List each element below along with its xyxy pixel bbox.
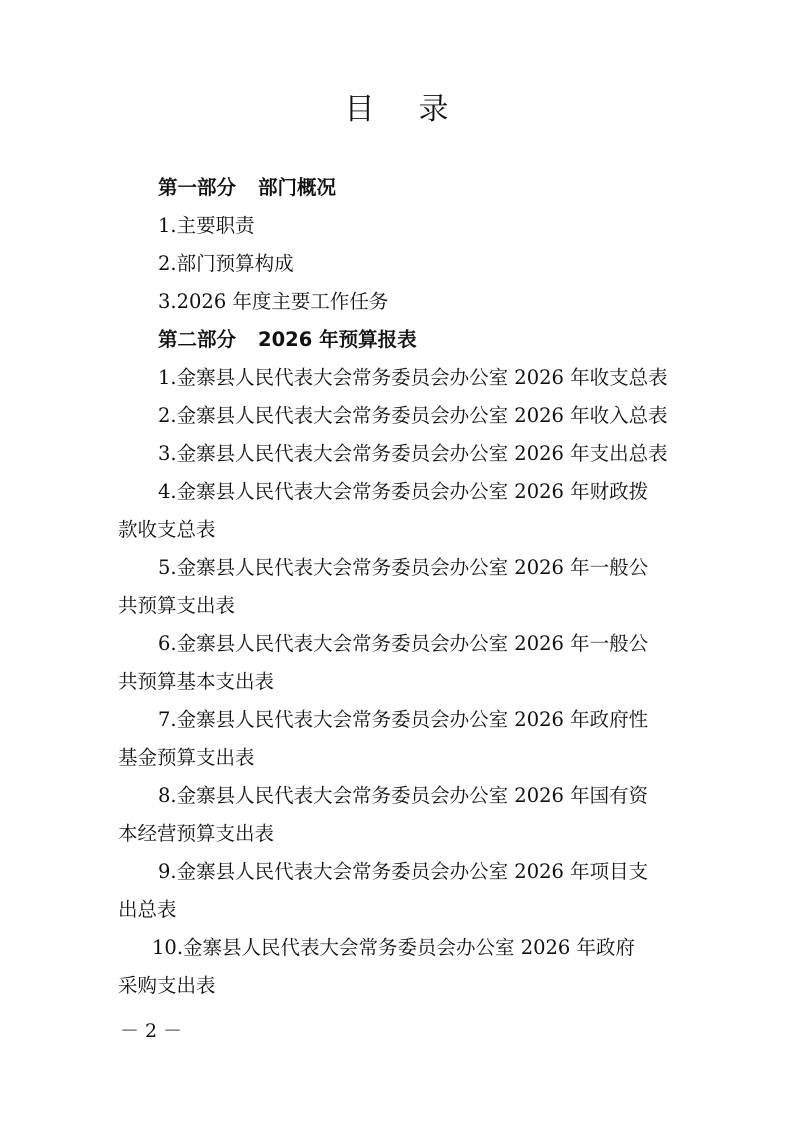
toc-item[interactable]: 5.金寨县人民代表大会常务委员会办公室 2026 年一般公 <box>158 555 648 581</box>
toc-item[interactable]: 8.金寨县人民代表大会常务委员会办公室 2026 年国有资 <box>158 783 648 809</box>
toc-item[interactable]: 1.金寨县人民代表大会常务委员会办公室 2026 年收支总表 <box>158 365 668 391</box>
toc-title: 目录 <box>0 90 793 130</box>
toc-item-continuation[interactable]: 款收支总表 <box>118 517 216 543</box>
toc-item-continuation[interactable]: 出总表 <box>118 897 177 923</box>
toc-item[interactable]: 10.金寨县人民代表大会常务委员会办公室 2026 年政府 <box>152 935 635 961</box>
part2-heading-title: 2026 年预算报表 <box>258 328 417 351</box>
toc-item-continuation[interactable]: 共预算基本支出表 <box>118 669 274 695</box>
page-number: － 2 － <box>120 1016 182 1043</box>
toc-item[interactable]: 2.金寨县人民代表大会常务委员会办公室 2026 年收入总表 <box>158 403 668 429</box>
toc-item-continuation[interactable]: 共预算支出表 <box>118 593 235 619</box>
toc-item[interactable]: 2.部门预算构成 <box>158 251 294 277</box>
toc-item[interactable]: 4.金寨县人民代表大会常务委员会办公室 2026 年财政拨 <box>158 479 648 505</box>
part1-heading: 第一部分部门概况 <box>158 175 336 201</box>
toc-item-continuation[interactable]: 本经营预算支出表 <box>118 821 274 847</box>
toc-item[interactable]: 3.金寨县人民代表大会常务委员会办公室 2026 年支出总表 <box>158 441 668 467</box>
part2-heading: 第二部分2026 年预算报表 <box>158 327 417 353</box>
toc-item[interactable]: 7.金寨县人民代表大会常务委员会办公室 2026 年政府性 <box>158 707 648 733</box>
toc-item[interactable]: 6.金寨县人民代表大会常务委员会办公室 2026 年一般公 <box>158 631 648 657</box>
part2-heading-label: 第二部分 <box>158 328 236 351</box>
part1-heading-title: 部门概况 <box>258 176 336 199</box>
toc-item-continuation[interactable]: 采购支出表 <box>118 973 216 999</box>
toc-item[interactable]: 1.主要职责 <box>158 213 255 239</box>
part1-heading-label: 第一部分 <box>158 176 236 199</box>
toc-item[interactable]: 3.2026 年度主要工作任务 <box>158 289 388 315</box>
toc-item-continuation[interactable]: 基金预算支出表 <box>118 745 255 771</box>
toc-item[interactable]: 9.金寨县人民代表大会常务委员会办公室 2026 年项目支 <box>158 859 648 885</box>
